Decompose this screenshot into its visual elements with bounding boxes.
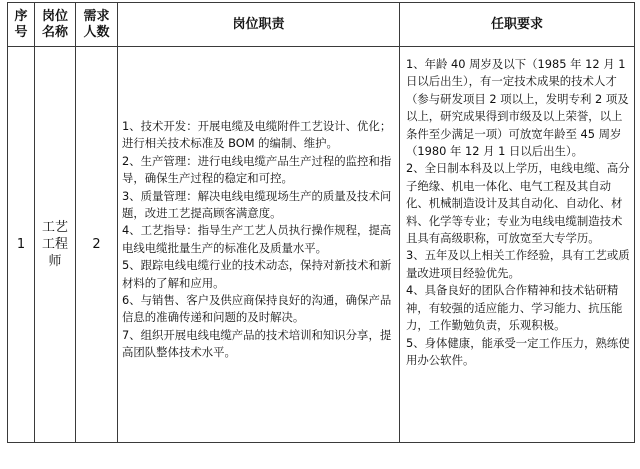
cell-requirements: 1、年龄 40 周岁及以下（1985 年 12 月 1 日以后出生），有一定技术… [400,47,635,443]
header-count-line: 人数 [76,25,117,41]
header-row: 序 号 岗位 名称 需求 人数 岗位职责 任职要求 [8,3,635,47]
duty-item: 2、生产管理：进行电线电缆产品生产过程的监控和指导，确保生产过程的稳定和可控。 [122,153,396,188]
header-count-line: 需求 [76,9,117,25]
header-headcount: 需求 人数 [76,3,118,47]
duty-item: 3、质量管理：解决电线电缆现场生产的质量及技术问题，改进工艺提高顾客满意度。 [122,188,396,223]
requirement-item: 5、身体健康，能承受一定工作压力，熟练使用办公软件。 [406,335,631,370]
header-duties: 岗位职责 [118,3,400,47]
header-requirements: 任职要求 [400,3,635,47]
duty-item: 7、组织开展电线电缆产品的技术培训和知识分享，提高团队整体技术水平。 [122,327,396,362]
duty-item: 4、工艺指导：指导生产工艺人员执行操作规程，提高电线电缆批量生产的标准化及质量水… [122,222,396,257]
cell-headcount: 2 [76,47,118,443]
header-name-line: 名称 [35,25,75,41]
requirements-list: 1、年龄 40 周岁及以下（1985 年 12 月 1 日以后出生），有一定技术… [400,47,634,369]
duties-list: 1、技术开发：开展电缆及电缆附件工艺设计、优化；进行相关技术标准及 BOM 的编… [118,47,399,362]
requirement-item: 3、五年及以上相关工作经验，具有工艺或质量改进项目经验优先。 [406,247,631,282]
cell-position-name: 工艺 工程 师 [35,47,76,443]
duty-item: 1、技术开发：开展电缆及电缆附件工艺设计、优化；进行相关技术标准及 BOM 的编… [122,118,396,153]
job-requirements-table: 序 号 岗位 名称 需求 人数 岗位职责 任职要求 1 工艺 工程 师 2 1、… [7,2,635,443]
header-no: 序 号 [8,3,35,47]
table-row: 1 工艺 工程 师 2 1、技术开发：开展电缆及电缆附件工艺设计、优化；进行相关… [8,47,635,443]
header-no-line: 序 [8,9,34,25]
requirement-item: 2、全日制本科及以上学历，电线电缆、高分子绝缘、机电一体化、电气工程及其自动化、… [406,160,631,247]
cell-duties: 1、技术开发：开展电缆及电缆附件工艺设计、优化；进行相关技术标准及 BOM 的编… [118,47,400,443]
header-name-line: 岗位 [35,9,75,25]
header-position-name: 岗位 名称 [35,3,76,47]
position-name-line: 工艺 [35,219,75,236]
requirement-item: 4、具备良好的团队合作精神和技术钻研精神，有较强的适应能力、学习能力、抗压能力，… [406,282,631,334]
position-name-line: 工程 [35,236,75,253]
duty-item: 5、跟踪电线电缆行业的技术动态，保持对新技术和新材料的了解和应用。 [122,257,396,292]
cell-no: 1 [8,47,35,443]
header-no-line: 号 [8,25,34,41]
requirement-item: 1、年龄 40 周岁及以下（1985 年 12 月 1 日以后出生），有一定技术… [406,56,631,160]
duty-item: 6、与销售、客户及供应商保持良好的沟通，确保产品信息的准确传递和问题的及时解决。 [122,292,396,327]
position-name-line: 师 [35,253,75,270]
